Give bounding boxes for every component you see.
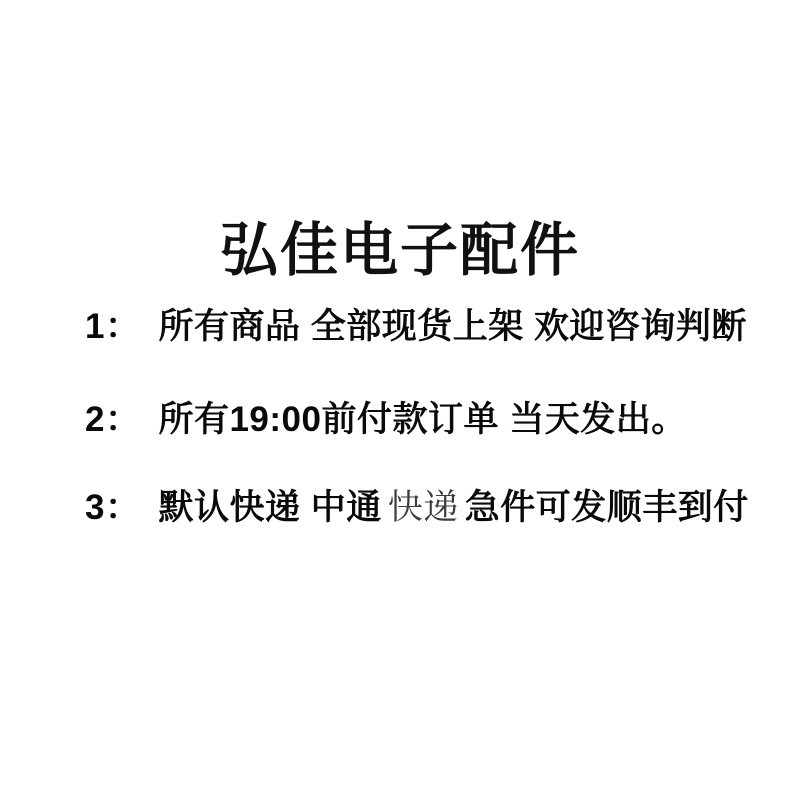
line-3-text-bold-start: 默认快递 中通 [158, 488, 381, 527]
notice-line-1: 1：所有商品 全部现货上架 欢迎咨询判断 [85, 306, 747, 348]
line-2-number: 2： [85, 399, 140, 441]
line-3-text-bold-end: 急件可发顺丰到付 [465, 488, 749, 527]
store-notice-poster: 弘佳电子配件 1：所有商品 全部现货上架 欢迎咨询判断 2：所有19:00前付款… [0, 0, 800, 800]
store-title: 弘佳电子配件 [0, 218, 800, 284]
notice-line-3: 3：默认快递 中通快递急件可发顺丰到付 [85, 487, 749, 529]
line-2-text: 所有19:00前付款订单 当天发出。 [158, 400, 686, 439]
notice-line-2: 2：所有19:00前付款订单 当天发出。 [85, 399, 687, 441]
line-1-text: 所有商品 全部现货上架 欢迎咨询判断 [158, 307, 746, 346]
line-3-number: 3： [85, 487, 140, 529]
line-1-number: 1： [85, 306, 140, 348]
line-3-text-light: 快递 [388, 488, 459, 527]
